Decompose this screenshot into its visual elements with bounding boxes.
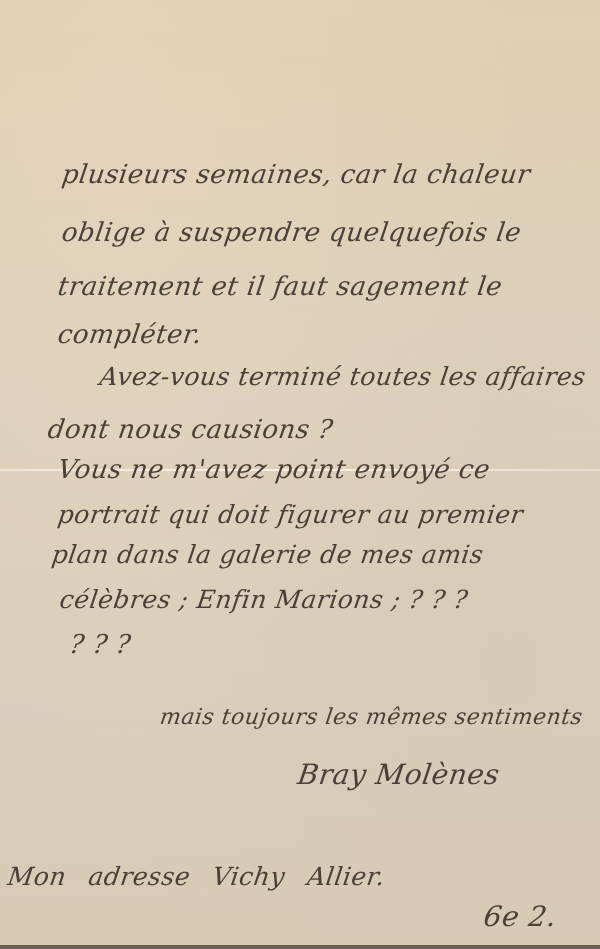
body-line-3: traitement et il faut sagement le (56, 272, 504, 302)
signature: Bray Molènes (296, 758, 502, 791)
body-line-4: compléter. (56, 320, 204, 350)
body-line-9: plan dans la galerie de mes amis (50, 540, 486, 569)
body-line-10: célèbres ; Enfin Marions ; ? ? ? (58, 585, 470, 614)
body-line-7: Vous ne m'avez point envoyé ce (56, 455, 492, 485)
letter-page: plusieurs semaines, car la chaleur oblig… (0, 0, 600, 949)
body-line-5: Avez-vous terminé toutes les affaires (98, 362, 588, 391)
closing-line: mais toujours les mêmes sentiments (158, 705, 584, 730)
page-marker: 6e 2. (482, 900, 559, 933)
body-line-2: oblige à suspendre quelquefois le (60, 218, 523, 248)
body-line-11: ? ? ? (68, 630, 133, 660)
address-line: Mon adresse Vichy Allier. (6, 862, 387, 891)
body-line-1: plusieurs semaines, car la chaleur (60, 160, 532, 190)
body-line-6: dont nous causions ? (46, 415, 335, 445)
body-line-8: portrait qui doit figurer au premier (56, 500, 525, 529)
paper-bottom-edge (0, 945, 600, 949)
